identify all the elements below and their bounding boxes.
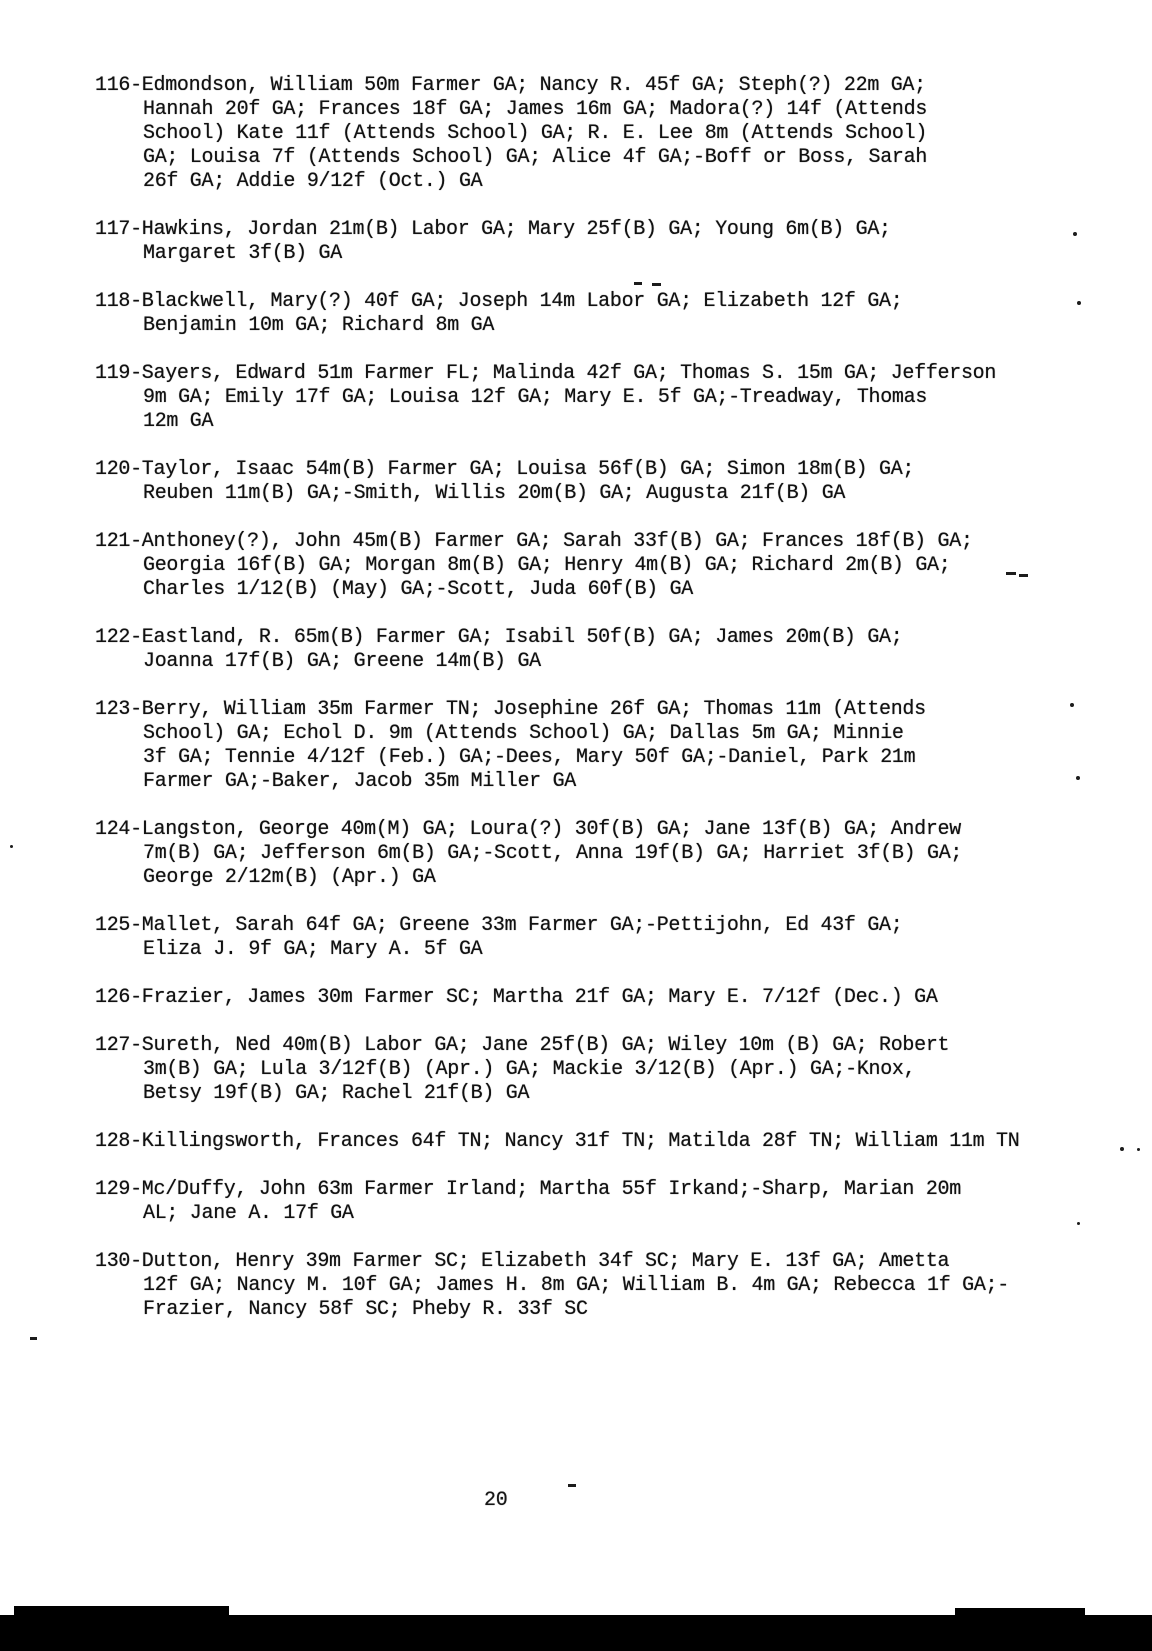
entry-first-line: 121-Anthoney(?), John 45m(B) Farmer GA; … <box>95 530 1105 554</box>
census-entry-125: 125-Mallet, Sarah 64f GA; Greene 33m Far… <box>95 914 1105 962</box>
entry-continuation-line: Georgia 16f(B) GA; Morgan 8m(B) GA; Henr… <box>95 554 1105 578</box>
entry-continuation-line: Margaret 3f(B) GA <box>95 242 1105 266</box>
scan-artifact <box>1073 232 1077 236</box>
entry-continuation-line: School) Kate 11f (Attends School) GA; R.… <box>95 122 1105 146</box>
entry-continuation-line: Joanna 17f(B) GA; Greene 14m(B) GA <box>95 650 1105 674</box>
scan-artifact <box>652 283 661 286</box>
entry-continuation-line: GA; Louisa 7f (Attends School) GA; Alice… <box>95 146 1105 170</box>
scan-edge-bar <box>0 1615 1152 1651</box>
entry-continuation-line: Eliza J. 9f GA; Mary A. 5f GA <box>95 938 1105 962</box>
scan-artifact <box>1077 301 1081 305</box>
entry-continuation-line: Farmer GA;-Baker, Jacob 35m Miller GA <box>95 770 1105 794</box>
entry-continuation-line: 7m(B) GA; Jefferson 6m(B) GA;-Scott, Ann… <box>95 842 1105 866</box>
entry-continuation-line: Charles 1/12(B) (May) GA;-Scott, Juda 60… <box>95 578 1105 602</box>
entry-first-line: 116-Edmondson, William 50m Farmer GA; Na… <box>95 74 1105 98</box>
census-entry-126: 126-Frazier, James 30m Farmer SC; Martha… <box>95 986 1105 1010</box>
census-entry-124: 124-Langston, George 40m(M) GA; Loura(?)… <box>95 818 1105 890</box>
entry-first-line: 130-Dutton, Henry 39m Farmer SC; Elizabe… <box>95 1250 1105 1274</box>
entry-continuation-line: 3m(B) GA; Lula 3/12f(B) (Apr.) GA; Macki… <box>95 1058 1105 1082</box>
scan-artifact <box>1077 1222 1080 1225</box>
scanned-document-page: 116-Edmondson, William 50m Farmer GA; Na… <box>0 0 1152 1651</box>
census-entry-123: 123-Berry, William 35m Farmer TN; Joseph… <box>95 698 1105 794</box>
scan-artifact <box>1019 574 1028 577</box>
census-entry-122: 122-Eastland, R. 65m(B) Farmer GA; Isabi… <box>95 626 1105 674</box>
entry-first-line: 125-Mallet, Sarah 64f GA; Greene 33m Far… <box>95 914 1105 938</box>
census-entry-119: 119-Sayers, Edward 51m Farmer FL; Malind… <box>95 362 1105 434</box>
census-entry-121: 121-Anthoney(?), John 45m(B) Farmer GA; … <box>95 530 1105 602</box>
entry-continuation-line: 26f GA; Addie 9/12f (Oct.) GA <box>95 170 1105 194</box>
entry-first-line: 122-Eastland, R. 65m(B) Farmer GA; Isabi… <box>95 626 1105 650</box>
entry-continuation-line: 9m GA; Emily 17f GA; Louisa 12f GA; Mary… <box>95 386 1105 410</box>
entry-list: 116-Edmondson, William 50m Farmer GA; Na… <box>95 74 1105 1346</box>
entry-continuation-line: Betsy 19f(B) GA; Rachel 21f(B) GA <box>95 1082 1105 1106</box>
census-entry-120: 120-Taylor, Isaac 54m(B) Farmer GA; Loui… <box>95 458 1105 506</box>
entry-continuation-line: 12f GA; Nancy M. 10f GA; James H. 8m GA;… <box>95 1274 1105 1298</box>
entry-continuation-line: Benjamin 10m GA; Richard 8m GA <box>95 314 1105 338</box>
census-entry-129: 129-Mc/Duffy, John 63m Farmer Irland; Ma… <box>95 1178 1105 1226</box>
scan-artifact <box>1137 1148 1140 1151</box>
scan-artifact <box>568 1484 576 1487</box>
entry-first-line: 129-Mc/Duffy, John 63m Farmer Irland; Ma… <box>95 1178 1105 1202</box>
entry-continuation-line: Hannah 20f GA; Frances 18f GA; James 16m… <box>95 98 1105 122</box>
census-entry-118: 118-Blackwell, Mary(?) 40f GA; Joseph 14… <box>95 290 1105 338</box>
entry-first-line: 117-Hawkins, Jordan 21m(B) Labor GA; Mar… <box>95 218 1105 242</box>
entry-continuation-line: George 2/12m(B) (Apr.) GA <box>95 866 1105 890</box>
entry-continuation-line: School) GA; Echol D. 9m (Attends School)… <box>95 722 1105 746</box>
census-entry-130: 130-Dutton, Henry 39m Farmer SC; Elizabe… <box>95 1250 1105 1322</box>
scan-artifact <box>1006 572 1016 575</box>
entry-first-line: 120-Taylor, Isaac 54m(B) Farmer GA; Loui… <box>95 458 1105 482</box>
entry-first-line: 123-Berry, William 35m Farmer TN; Joseph… <box>95 698 1105 722</box>
entry-first-line: 118-Blackwell, Mary(?) 40f GA; Joseph 14… <box>95 290 1105 314</box>
entry-continuation-line: 12m GA <box>95 410 1105 434</box>
entry-continuation-line: AL; Jane A. 17f GA <box>95 1202 1105 1226</box>
entry-first-line: 128-Killingsworth, Frances 64f TN; Nancy… <box>95 1130 1105 1154</box>
entry-continuation-line: 3f GA; Tennie 4/12f (Feb.) GA;-Dees, Mar… <box>95 746 1105 770</box>
scan-artifact <box>1076 776 1080 780</box>
scan-artifact <box>10 845 13 848</box>
census-entry-117: 117-Hawkins, Jordan 21m(B) Labor GA; Mar… <box>95 218 1105 266</box>
scan-artifact <box>1070 703 1074 707</box>
page-number: 20 <box>484 1489 507 1512</box>
entry-first-line: 126-Frazier, James 30m Farmer SC; Martha… <box>95 986 1105 1010</box>
census-entry-127: 127-Sureth, Ned 40m(B) Labor GA; Jane 25… <box>95 1034 1105 1106</box>
entry-first-line: 124-Langston, George 40m(M) GA; Loura(?)… <box>95 818 1105 842</box>
entry-first-line: 127-Sureth, Ned 40m(B) Labor GA; Jane 25… <box>95 1034 1105 1058</box>
census-entry-116: 116-Edmondson, William 50m Farmer GA; Na… <box>95 74 1105 194</box>
scan-artifact <box>1120 1147 1124 1151</box>
entry-continuation-line: Reuben 11m(B) GA;-Smith, Willis 20m(B) G… <box>95 482 1105 506</box>
scan-artifact <box>634 282 642 285</box>
census-entry-128: 128-Killingsworth, Frances 64f TN; Nancy… <box>95 1130 1105 1154</box>
scan-artifact <box>30 1337 37 1340</box>
entry-continuation-line: Frazier, Nancy 58f SC; Pheby R. 33f SC <box>95 1298 1105 1322</box>
entry-first-line: 119-Sayers, Edward 51m Farmer FL; Malind… <box>95 362 1105 386</box>
